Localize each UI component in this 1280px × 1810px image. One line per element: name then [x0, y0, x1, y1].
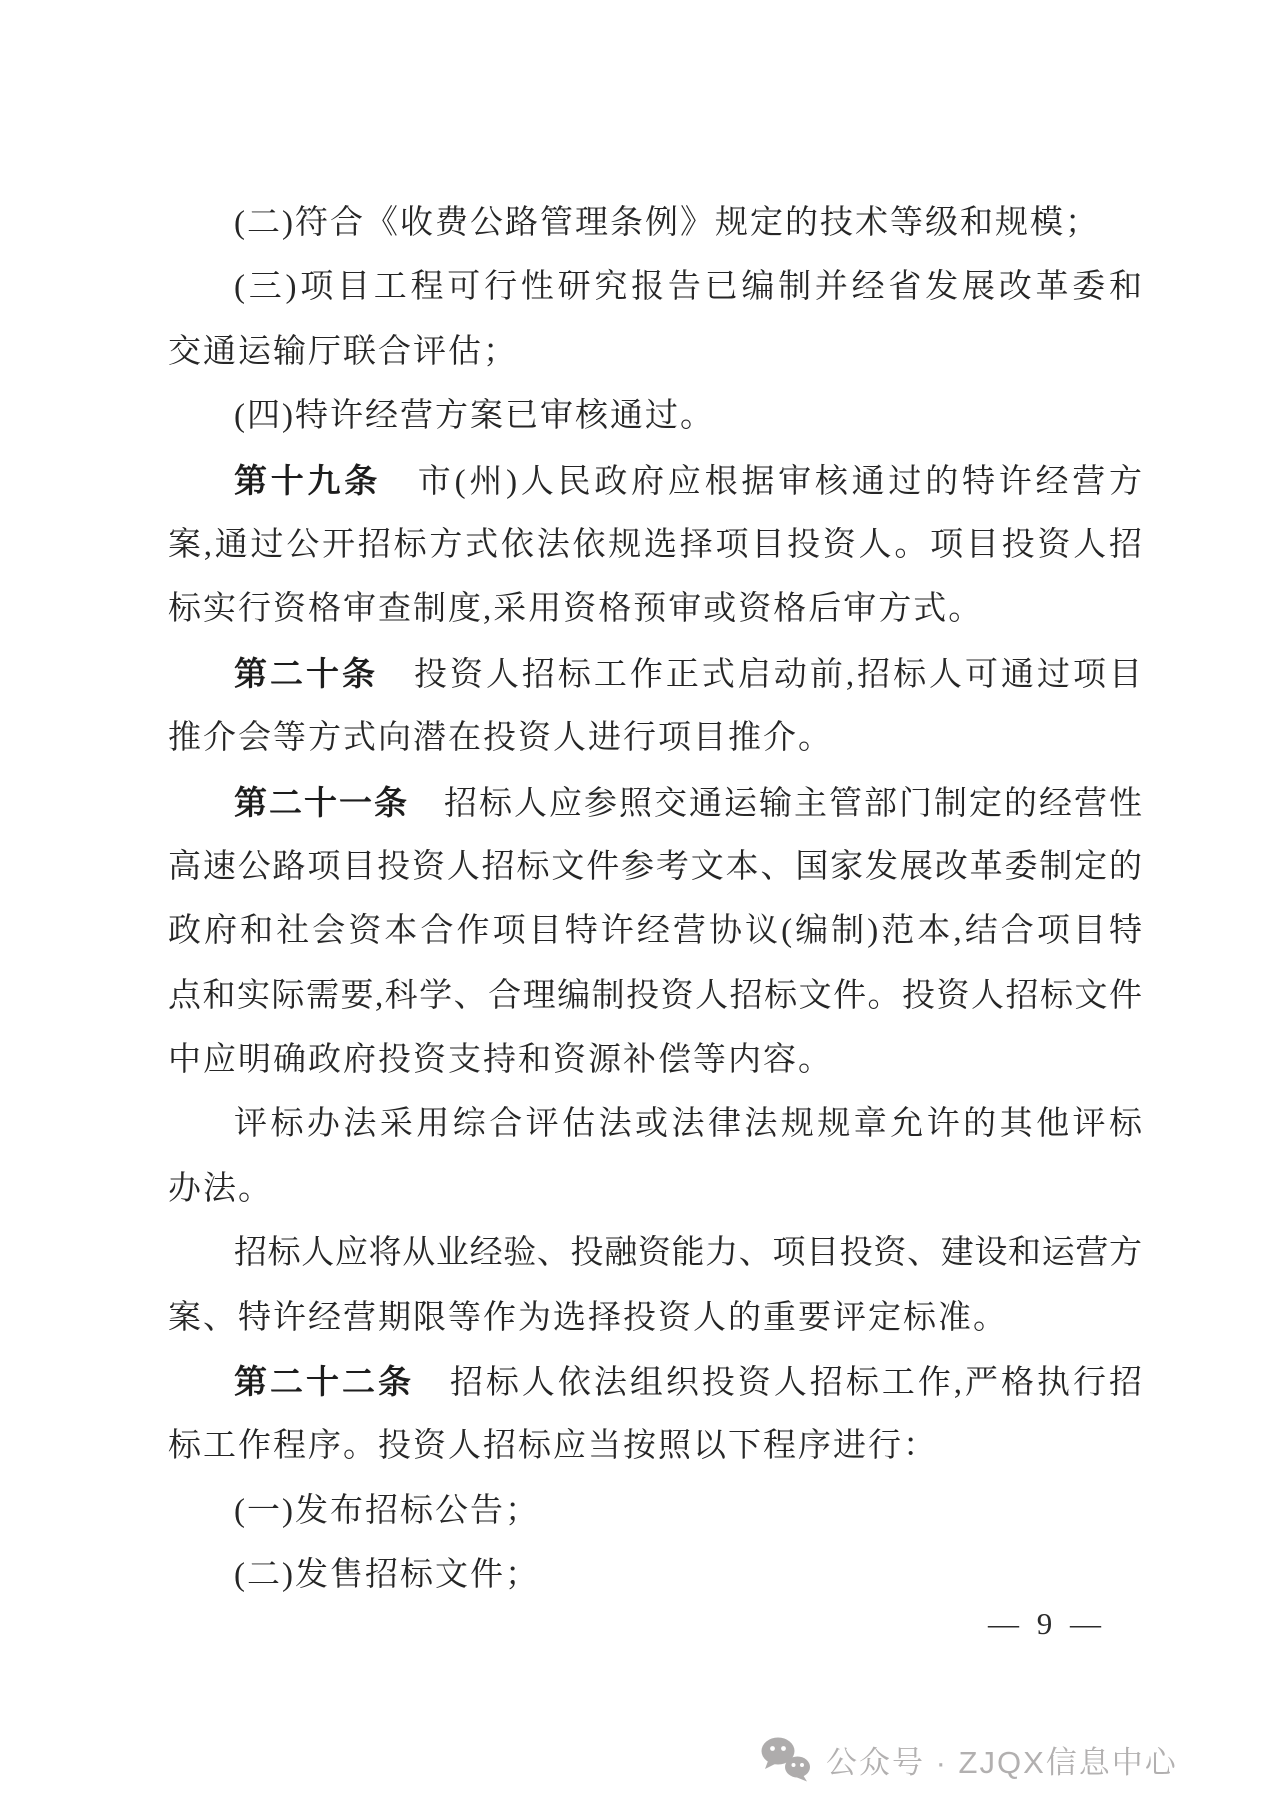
article-number: 第二十一条 [234, 784, 409, 821]
line-text: 政府和社会资本合作项目特许经营协议(编制)范本,结合项目特 [168, 913, 1142, 949]
article-line: 第二十二条 招标人依法组织投资人招标工作,严格执行招 [168, 1350, 1142, 1414]
text-line: 案、特许经营期限等作为选择投资人的重要评定标准。 [168, 1286, 1142, 1350]
line-text: (二)符合《收费公路管理条例》规定的技术等级和规模； [234, 205, 1100, 241]
line-text: 评标办法采用综合评估法或法律法规规章允许的其他评标 [234, 1106, 1142, 1142]
text-line: 政府和社会资本合作项目特许经营协议(编制)范本,结合项目特 [168, 899, 1142, 963]
line-text: 标工作程序。投资人招标应当按照以下程序进行： [168, 1428, 938, 1464]
line-text: 案、特许经营期限等作为选择投资人的重要评定标准。 [168, 1300, 1008, 1336]
text-line: (二)符合《收费公路管理条例》规定的技术等级和规模； [168, 191, 1142, 255]
watermark-text: 公众号 · ZJQX信息中心 [826, 1737, 1178, 1782]
line-text: (三)项目工程可行性研究报告已编制并经省发展改革委和 [234, 269, 1142, 305]
line-text: (二)发售招标文件； [234, 1557, 540, 1593]
line-text: (四)特许经营方案已审核通过。 [234, 398, 715, 434]
article-line: 第二十一条 招标人应参照交通运输主管部门制定的经营性 [168, 771, 1142, 835]
watermark-footer: 公众号 · ZJQX信息中心 [758, 1736, 1178, 1782]
line-text: 投资人招标工作正式启动前,招标人可通过项目 [378, 657, 1142, 693]
text-line: 办法。 [168, 1157, 1142, 1221]
line-text: 推介会等方式向潜在投资人进行项目推介。 [168, 720, 833, 756]
document-page: (二)符合《收费公路管理条例》规定的技术等级和规模；(三)项目工程可行性研究报告… [0, 0, 1280, 1810]
text-line: 点和实际需要,科学、合理编制投资人招标文件。投资人招标文件 [168, 964, 1142, 1028]
article-number: 第二十条 [234, 655, 378, 692]
document-body: (二)符合《收费公路管理条例》规定的技术等级和规模；(三)项目工程可行性研究报告… [168, 191, 1142, 1608]
line-text: 招标人应参照交通运输主管部门制定的经营性 [409, 786, 1142, 822]
text-line: (四)特许经营方案已审核通过。 [168, 384, 1142, 448]
line-text: 点和实际需要,科学、合理编制投资人招标文件。投资人招标文件 [168, 978, 1142, 1014]
wechat-icon [758, 1736, 814, 1782]
line-text: 中应明确政府投资支持和资源补偿等内容。 [168, 1042, 833, 1078]
text-line: 中应明确政府投资支持和资源补偿等内容。 [168, 1028, 1142, 1092]
text-line: 标工作程序。投资人招标应当按照以下程序进行： [168, 1414, 1142, 1478]
text-line: 交通运输厅联合评估； [168, 320, 1142, 384]
text-line: (二)发售招标文件； [168, 1543, 1142, 1607]
article-line: 第十九条 市(州)人民政府应根据审核通过的特许经营方 [168, 449, 1142, 513]
text-line: 案,通过公开招标方式依法依规选择项目投资人。项目投资人招 [168, 513, 1142, 577]
line-text: 标实行资格审查制度,采用资格预审或资格后审方式。 [168, 591, 983, 627]
line-text: (一)发布招标公告； [234, 1493, 540, 1529]
line-text: 招标人依法组织投资人招标工作,严格执行招 [414, 1365, 1142, 1401]
text-line: 高速公路项目投资人招标文件参考文本、国家发展改革委制定的 [168, 835, 1142, 899]
text-line: (一)发布招标公告； [168, 1479, 1142, 1543]
text-line: 推介会等方式向潜在投资人进行项目推介。 [168, 706, 1142, 770]
line-text: 市(州)人民政府应根据审核通过的特许经营方 [381, 464, 1142, 500]
line-text: 案,通过公开招标方式依法依规选择项目投资人。项目投资人招 [168, 527, 1142, 563]
line-text: 交通运输厅联合评估； [168, 334, 518, 370]
text-line: (三)项目工程可行性研究报告已编制并经省发展改革委和 [168, 255, 1142, 319]
text-line: 评标办法采用综合评估法或法律法规规章允许的其他评标 [168, 1092, 1142, 1156]
line-text: 高速公路项目投资人招标文件参考文本、国家发展改革委制定的 [168, 849, 1142, 885]
article-number: 第二十二条 [234, 1363, 414, 1400]
text-line: 标实行资格审查制度,采用资格预审或资格后审方式。 [168, 577, 1142, 641]
page-number: — 9 — [988, 1606, 1106, 1642]
line-text: 办法。 [168, 1171, 273, 1207]
text-line: 招标人应将从业经验、投融资能力、项目投资、建设和运营方 [168, 1221, 1142, 1285]
article-line: 第二十条 投资人招标工作正式启动前,招标人可通过项目 [168, 642, 1142, 706]
line-text: 招标人应将从业经验、投融资能力、项目投资、建设和运营方 [234, 1235, 1142, 1271]
article-number: 第十九条 [234, 462, 381, 499]
